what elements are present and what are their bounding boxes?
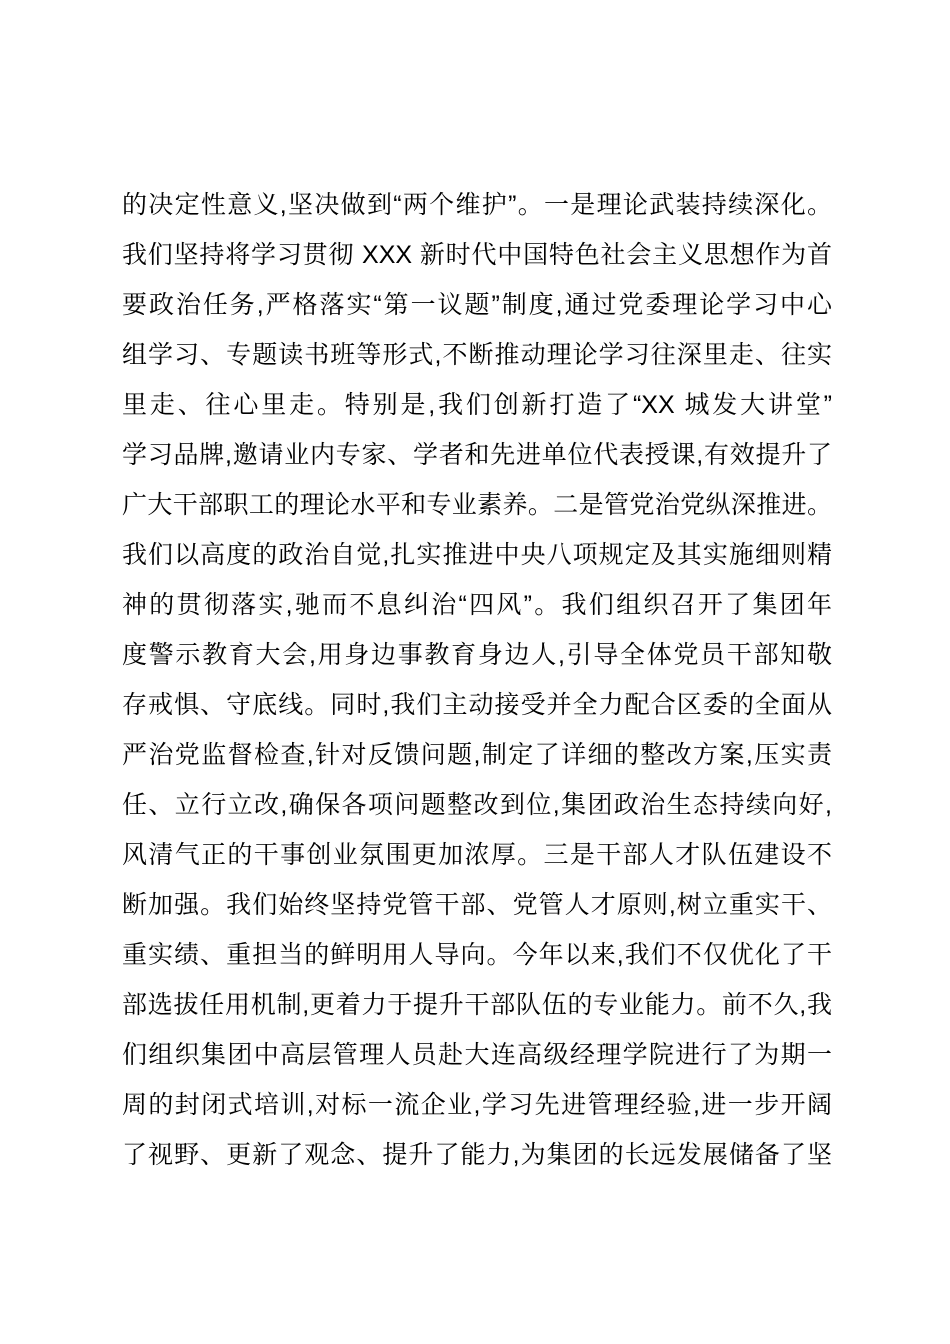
text-line: 严治党监督检查,针对反馈问题,制定了详细的整改方案,压实责 xyxy=(122,730,832,780)
text-line: 的决定性意义,坚决做到“两个维护”。一是理论武装持续深化。 xyxy=(122,180,832,230)
text-line: 任、立行立改,确保各项问题整改到位,集团政治生态持续向好, xyxy=(122,780,832,830)
text-line: 重实绩、重担当的鲜明用人导向。今年以来,我们不仅优化了干 xyxy=(122,930,832,980)
text-line: 周的封闭式培训,对标一流企业,学习先进管理经验,进一步开阔 xyxy=(122,1080,832,1130)
text-line: 们组织集团中高层管理人员赴大连高级经理学院进行了为期一 xyxy=(122,1030,832,1080)
text-line: 要政治任务,严格落实“第一议题”制度,通过党委理论学习中心 xyxy=(122,280,832,330)
text-line: 广大干部职工的理论水平和专业素养。二是管党治党纵深推进。 xyxy=(122,480,832,530)
paragraph-block: 的决定性意义,坚决做到“两个维护”。一是理论武装持续深化。 我们坚持将学习贯彻 … xyxy=(122,180,832,1180)
text-line: 部选拔任用机制,更着力于提升干部队伍的专业能力。前不久,我 xyxy=(122,980,832,1030)
text-line: 学习品牌,邀请业内专家、学者和先进单位代表授课,有效提升了 xyxy=(122,430,832,480)
document-page: 的决定性意义,坚决做到“两个维护”。一是理论武装持续深化。 我们坚持将学习贯彻 … xyxy=(0,0,950,1344)
text-line: 组学习、专题读书班等形式,不断推动理论学习往深里走、往实 xyxy=(122,330,832,380)
text-line: 我们坚持将学习贯彻 XXX 新时代中国特色社会主义思想作为首 xyxy=(122,230,832,280)
text-line: 我们以高度的政治自觉,扎实推进中央八项规定及其实施细则精 xyxy=(122,530,832,580)
text-line: 度警示教育大会,用身边事教育身边人,引导全体党员干部知敬畏、 xyxy=(122,630,832,680)
text-line: 了视野、更新了观念、提升了能力,为集团的长远发展储备了坚 xyxy=(122,1130,832,1180)
text-line: 存戒惧、守底线。同时,我们主动接受并全力配合区委的全面从 xyxy=(122,680,832,730)
text-line: 风清气正的干事创业氛围更加浓厚。三是干部人才队伍建设不 xyxy=(122,830,832,880)
text-line: 断加强。我们始终坚持党管干部、党管人才原则,树立重实干、 xyxy=(122,880,832,930)
text-line: 里走、往心里走。特别是,我们创新打造了“XX 城发大讲堂” xyxy=(122,380,832,430)
text-line: 神的贯彻落实,驰而不息纠治“四风”。我们组织召开了集团年 xyxy=(122,580,832,630)
